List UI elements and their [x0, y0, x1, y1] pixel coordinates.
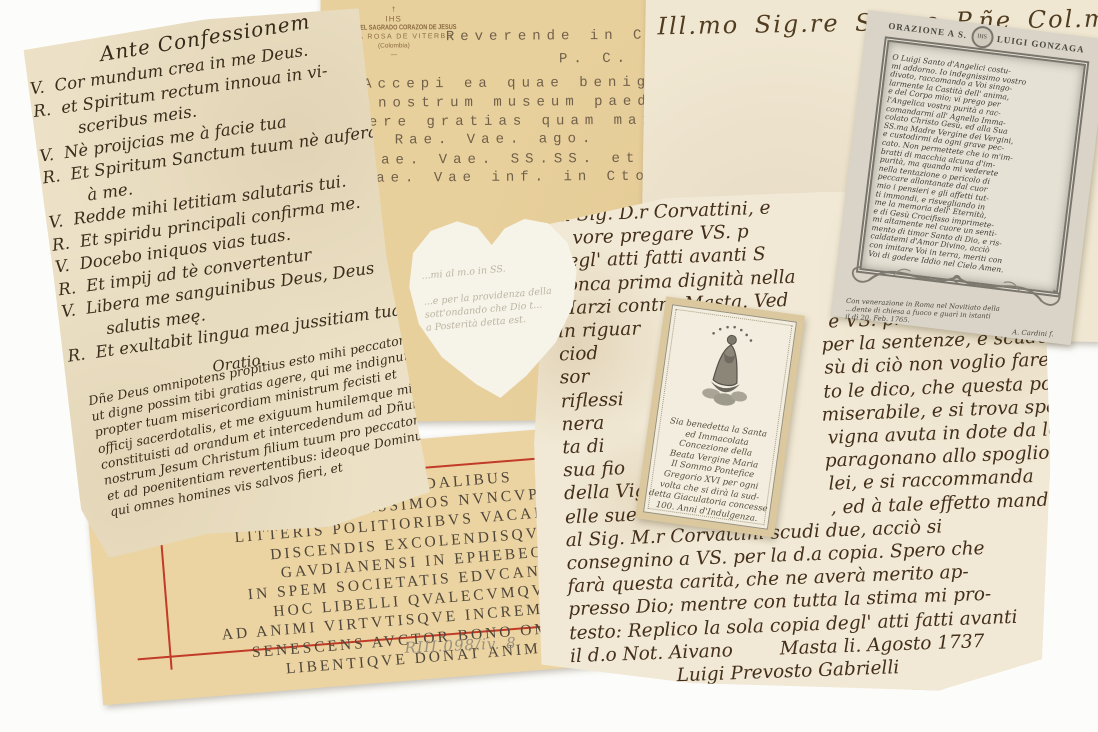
virgin-mary-engraving: [682, 315, 771, 425]
typed-salutation-2: P. C.: [559, 51, 631, 68]
engraved-prayer-card: ORAZIONE A S. IHS LUIGI GONZAGA O Luigi …: [830, 10, 1098, 345]
prayer-text: O Luigi Santo d'Angelici costu-mi addorn…: [868, 53, 1078, 280]
typed-line: t, Rae. Vae. ago.: [351, 131, 596, 149]
faint-note-text: ...mi al m.o in SS. ...e per la providen…: [421, 259, 555, 335]
versicles-block: V. Cor mundum crea in me Deus.R. et Spir…: [29, 30, 413, 368]
scanned-documents-collage: † IHS COLEGIO DEL SAGRADO CORAZON DE JES…: [0, 0, 1098, 732]
holy-card-text: Sia benedetta la Santaed ImmacolataConce…: [642, 414, 784, 527]
ihs-medallion: IHS: [970, 25, 995, 50]
